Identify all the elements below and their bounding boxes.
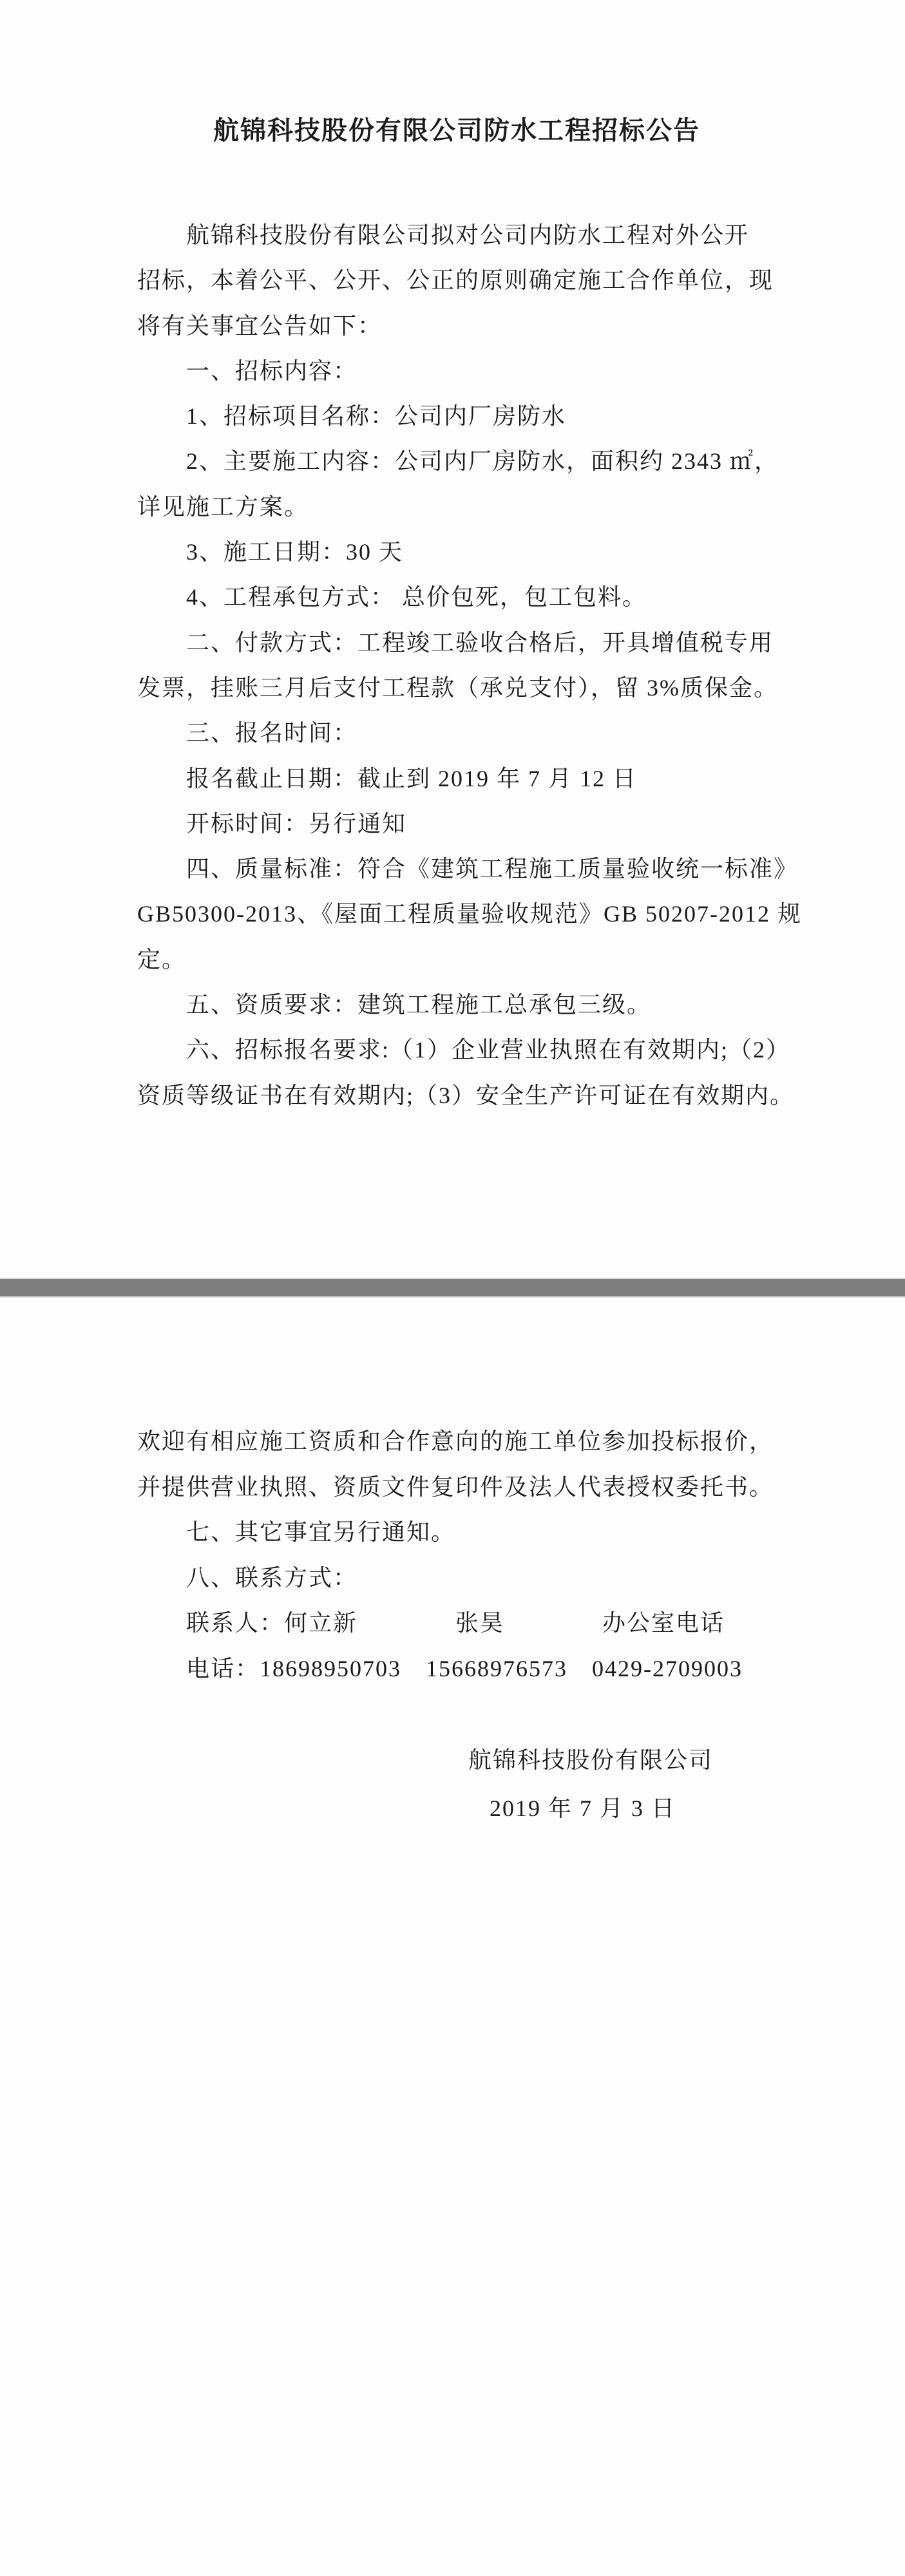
document-line: 资质等级证书在有效期内;（3）安全生产许可证在有效期内。 (137, 1073, 846, 1118)
signature-date: 2019 年 7 月 3 日 (490, 1786, 676, 1831)
contact-names-line: 联系人：何立新 张昊 办公室电话 (137, 1600, 846, 1646)
document-line: 招标，本着公平、公开、公正的原则确定施工合作单位，现 (137, 258, 846, 303)
document-line: 八、联系方式： (137, 1555, 846, 1601)
document-line: 报名截止日期：截止到 2019 年 7 月 12 日 (137, 756, 846, 801)
document-line: 七、其它事宜另行通知。 (137, 1510, 846, 1555)
document-line: 六、招标报名要求:（1）企业营业执照在有效期内;（2） (137, 1027, 846, 1072)
signature-company: 航锦科技股份有限公司 (468, 1738, 713, 1783)
document-line: 五、资质要求：建筑工程施工总承包三级。 (137, 982, 846, 1027)
page-2-body: 欢迎有相应施工资质和合作意向的施工单位参加投标报价， 并提供营业执照、资质文件复… (137, 1419, 846, 1692)
document-line: 一、招标内容： (137, 348, 846, 393)
document-line: 2、主要施工内容：公司内厂房防水，面积约 2343 ㎡， (137, 439, 846, 484)
document-line: 发票，挂账三月后支付工程款（承兑支付），留 3%质保金。 (137, 665, 846, 710)
document-page: 航锦科技股份有限公司防水工程招标公告 航锦科技股份有限公司拟对公司内防水工程对外… (0, 0, 905, 2576)
document-line: 四、质量标准：符合《建筑工程施工质量验收统一标准》 (137, 846, 846, 891)
document-line: 定。 (137, 937, 846, 982)
document-line: 二、付款方式：工程竣工验收合格后，开具增值税专用 (137, 620, 846, 665)
document-line: 3、施工日期：30 天 (137, 529, 846, 574)
page-1-body: 航锦科技股份有限公司拟对公司内防水工程对外公开 招标，本着公平、公开、公正的原则… (137, 213, 846, 1118)
document-line: 将有关事宜公告如下： (137, 303, 846, 348)
document-line: 详见施工方案。 (137, 484, 846, 529)
document-line: 欢迎有相应施工资质和合作意向的施工单位参加投标报价， (137, 1419, 846, 1464)
document-line: 并提供营业执照、资质文件复印件及法人代表授权委托书。 (137, 1464, 846, 1510)
contact-phones-line: 电话：18698950703 15668976573 0429-2709003 (137, 1646, 846, 1692)
page-gap-divider (0, 1278, 905, 1298)
document-line: 1、招标项目名称：公司内厂房防水 (137, 393, 846, 439)
document-title: 航锦科技股份有限公司防水工程招标公告 (137, 111, 776, 150)
document-line: 4、工程承包方式： 总价包死，包工包料。 (137, 574, 846, 620)
document-line: 三、报名时间： (137, 710, 846, 755)
document-line: 开标时间：另行通知 (137, 801, 846, 846)
document-line: GB50300-2013、《屋面工程质量验收规范》GB 50207-2012 规 (137, 891, 846, 936)
document-line: 航锦科技股份有限公司拟对公司内防水工程对外公开 (137, 213, 846, 258)
